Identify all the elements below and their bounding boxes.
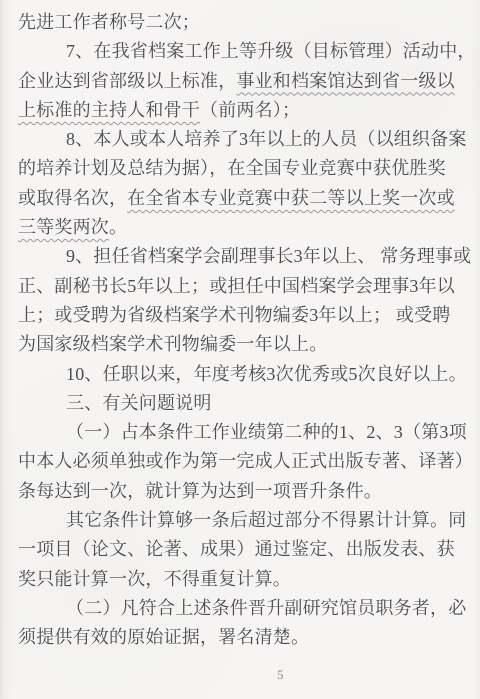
underlined-text: 上标准的主持人和骨干 [18,100,200,120]
text-line: 中本人必须单独或作为第一完成人正式出版专著、译著） [18,447,468,476]
text-segment: 。 [109,217,127,237]
text-line: （一）占本条件工作业绩第二种的1、2、3（第3项 [18,418,468,447]
text-line: 奖只能计算一次，不得重复计算。 [18,565,468,594]
text-line: 8、本人或本人培养了3年以上的人员（以组织备案 [18,125,468,154]
underlined-text: 三等奖两次 [18,217,109,237]
text-segment: 或取得名次， [18,188,127,208]
text-segment: 须提供有效的原始证据，署名清楚。 [18,627,309,647]
text-line: 10、任职以来，年度考核3次优秀或5次良好以上。 [18,360,468,389]
text-line: 为国家级档案学术刊物编委一年以上。 [18,330,468,359]
text-line: 其它条件计算够一条后超过部分不得累计计算。同 [18,506,468,535]
text-line: （二）凡符合上述条件晋升副研究馆员职务者，必 [18,594,468,623]
text-segment: 一项目（论文、论著、成果）通过鉴定、出版发表、获 [18,539,455,559]
page-number: 5 [277,667,285,683]
text-line: 上；或受聘为省级档案学术刊物编委3年以上； 或受聘 [18,301,468,330]
text-line: 先进工作者称号二次； [18,8,468,37]
text-segment: 9、担任省档案学会副理事长3年以上、 常务理事或 [66,246,471,266]
text-segment: 先进工作者称号二次； [18,12,200,32]
text-line: 或取得名次，在全省本专业竞赛中获二等以上奖一次或 [18,184,468,213]
text-line: 三、有关问题说明 [18,389,468,418]
text-segment: 7、在我省档案工作上等升级（目标管理）活动中， [66,41,476,61]
underlined-text: 在全省本专业竞赛中获二等以上奖一次或 [127,188,455,208]
text-line: 的培养计划及总结为据），在全国专业竞赛中获优胜奖 [18,154,468,183]
document-page: 先进工作者称号二次；7、在我省档案工作上等升级（目标管理）活动中，企业达到省部级… [0,0,480,699]
text-segment: 8、本人或本人培养了3年以上的人员（以组织备案 [66,129,467,149]
text-line: 上标准的主持人和骨干（前两名）； [18,96,468,125]
text-segment: 为国家级档案学术刊物编委一年以上。 [18,334,327,354]
document-body-text: 先进工作者称号二次；7、在我省档案工作上等升级（目标管理）活动中，企业达到省部级… [18,8,468,653]
text-segment: 三、有关问题说明 [66,393,212,413]
text-line: 9、担任省档案学会副理事长3年以上、 常务理事或 [18,242,468,271]
text-segment: （一）占本条件工作业绩第二种的1、2、3（第3项 [66,422,467,442]
text-line: 须提供有效的原始证据，署名清楚。 [18,623,468,652]
text-segment: 其它条件计算够一条后超过部分不得累计计算。同 [66,510,466,530]
text-segment: 企业达到省部级以上标准， [18,71,236,91]
text-segment: 上；或受聘为省级档案学术刊物编委3年以上； 或受聘 [18,305,451,325]
text-segment: 条每达到一次，就计算为达到一项晋升条件。 [18,481,382,501]
text-line: 企业达到省部级以上标准，事业和档案馆达到省一级以 [18,67,468,96]
text-segment: 的培养计划及总结为据），在全国专业竞赛中获优胜奖 [18,158,446,178]
text-segment: （二）凡符合上述条件晋升副研究馆员职务者，必 [66,598,466,618]
text-line: 正、副秘书长5年以上；或担任中国档案学会理事3年以 [18,272,468,301]
text-segment: （前两名）； [200,100,300,120]
text-line: 三等奖两次。 [18,213,468,242]
text-segment: 正、副秘书长5年以上；或担任中国档案学会理事3年以 [18,276,455,296]
text-segment: 奖只能计算一次，不得重复计算。 [18,569,291,589]
text-segment: 中本人必须单独或作为第一完成人正式出版专著、译著） [18,451,473,471]
text-line: 一项目（论文、论著、成果）通过鉴定、出版发表、获 [18,535,468,564]
underlined-text: 事业和档案馆达到省一级以 [236,71,454,91]
text-segment: 10、任职以来，年度考核3次优秀或5次良好以上。 [66,364,467,384]
text-line: 7、在我省档案工作上等升级（目标管理）活动中， [18,37,468,66]
text-line: 条每达到一次，就计算为达到一项晋升条件。 [18,477,468,506]
